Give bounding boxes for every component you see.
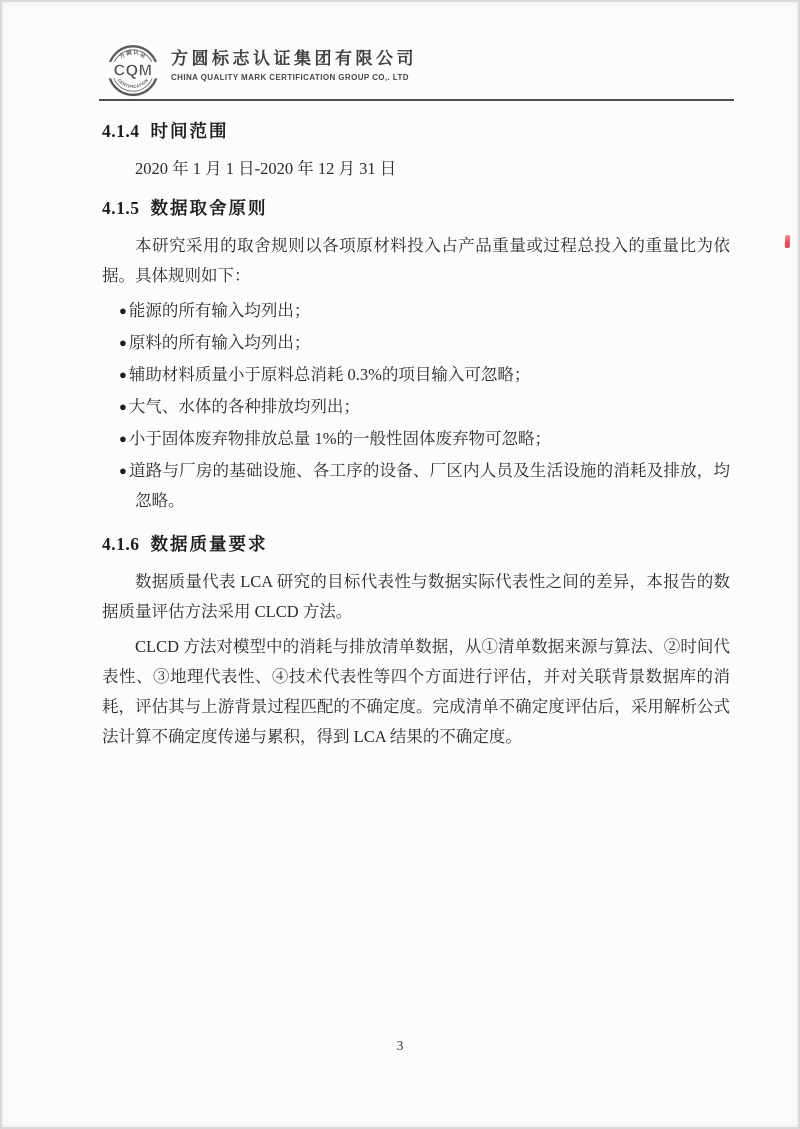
list-item: ●辅助材料质量小于原料总消耗 0.3%的项目输入可忽略； xyxy=(102,360,730,390)
cutoff-rules-list: ●能源的所有输入均列出； ●原料的所有输入均列出； ●辅助材料质量小于原料总消耗… xyxy=(102,296,730,516)
bullet-dot-icon: ● xyxy=(119,431,127,446)
cqm-logo: 方圆认证 CQM CERTIFICATION xyxy=(105,44,161,99)
section-heading-415: 4.1.5数据取舍原则 xyxy=(102,196,730,220)
bullet-dot-icon: ● xyxy=(119,335,127,350)
section-number: 4.1.5 xyxy=(102,198,140,218)
page-number: 3 xyxy=(2,1038,798,1054)
list-item-text: 小于固体废弃物排放总量 1%的一般性固体废弃物可忽略； xyxy=(129,429,551,448)
document-page: 方圆认证 CQM CERTIFICATION 方圆标志认证集团有限公司 CHIN… xyxy=(0,0,800,1129)
list-item: ●道路与厂房的基础设施、各工序的设备、厂区内人员及生活设施的消耗及排放，均忽略。 xyxy=(102,456,730,516)
data-quality-paragraph-1: 数据质量代表 LCA 研究的目标代表性与数据实际代表性之间的差异，本报告的数据质… xyxy=(102,567,730,627)
bullet-dot-icon: ● xyxy=(119,463,127,478)
section-title: 数据取舍原则 xyxy=(151,198,268,218)
document-header: 方圆认证 CQM CERTIFICATION 方圆标志认证集团有限公司 CHIN… xyxy=(2,2,798,99)
company-identity: 方圆标志认证集团有限公司 CHINA QUALITY MARK CERTIFIC… xyxy=(171,44,417,82)
data-quality-paragraph-2: CLCD 方法对模型中的消耗与排放清单数据，从①清单数据来源与算法、②时间代表性… xyxy=(102,632,730,752)
list-item: ●原料的所有输入均列出； xyxy=(102,328,730,358)
section-heading-414: 4.1.4时间范围 xyxy=(102,119,730,143)
section-number: 4.1.6 xyxy=(102,534,140,554)
cutoff-rules-paragraph: 本研究采用的取舍规则以各项原材料投入占产品重量或过程总投入的重量比为依据。具体规… xyxy=(102,231,730,291)
list-item-text: 能源的所有输入均列出； xyxy=(129,301,311,320)
list-item: ●大气、水体的各种排放均列出； xyxy=(102,392,730,422)
list-item-text: 原料的所有输入均列出； xyxy=(129,333,311,352)
bullet-dot-icon: ● xyxy=(119,367,127,382)
document-body: 4.1.4时间范围 2020 年 1 月 1 日-2020 年 12 月 31 … xyxy=(2,101,798,752)
cqm-logo-icon: 方圆认证 CQM CERTIFICATION xyxy=(105,44,161,99)
list-item: ●小于固体废弃物排放总量 1%的一般性固体废弃物可忽略； xyxy=(102,424,730,454)
company-name-cn: 方圆标志认证集团有限公司 xyxy=(171,48,417,70)
list-item-text: 大气、水体的各种排放均列出； xyxy=(129,397,360,416)
red-ink-mark xyxy=(785,235,791,248)
list-item-text: 道路与厂房的基础设施、各工序的设备、厂区内人员及生活设施的消耗及排放，均忽略。 xyxy=(129,461,730,510)
section-title: 数据质量要求 xyxy=(151,534,268,554)
section-number: 4.1.4 xyxy=(102,121,140,141)
bullet-dot-icon: ● xyxy=(119,399,127,414)
section-title: 时间范围 xyxy=(151,121,229,141)
logo-acronym: CQM xyxy=(114,62,153,80)
bullet-dot-icon: ● xyxy=(119,303,127,318)
list-item: ●能源的所有输入均列出； xyxy=(102,296,730,326)
section-heading-416: 4.1.6数据质量要求 xyxy=(102,532,730,556)
company-name-en: CHINA QUALITY MARK CERTIFICATION GROUP C… xyxy=(171,73,417,82)
date-range-paragraph: 2020 年 1 月 1 日-2020 年 12 月 31 日 xyxy=(102,154,730,184)
list-item-text: 辅助材料质量小于原料总消耗 0.3%的项目输入可忽略； xyxy=(129,365,531,384)
